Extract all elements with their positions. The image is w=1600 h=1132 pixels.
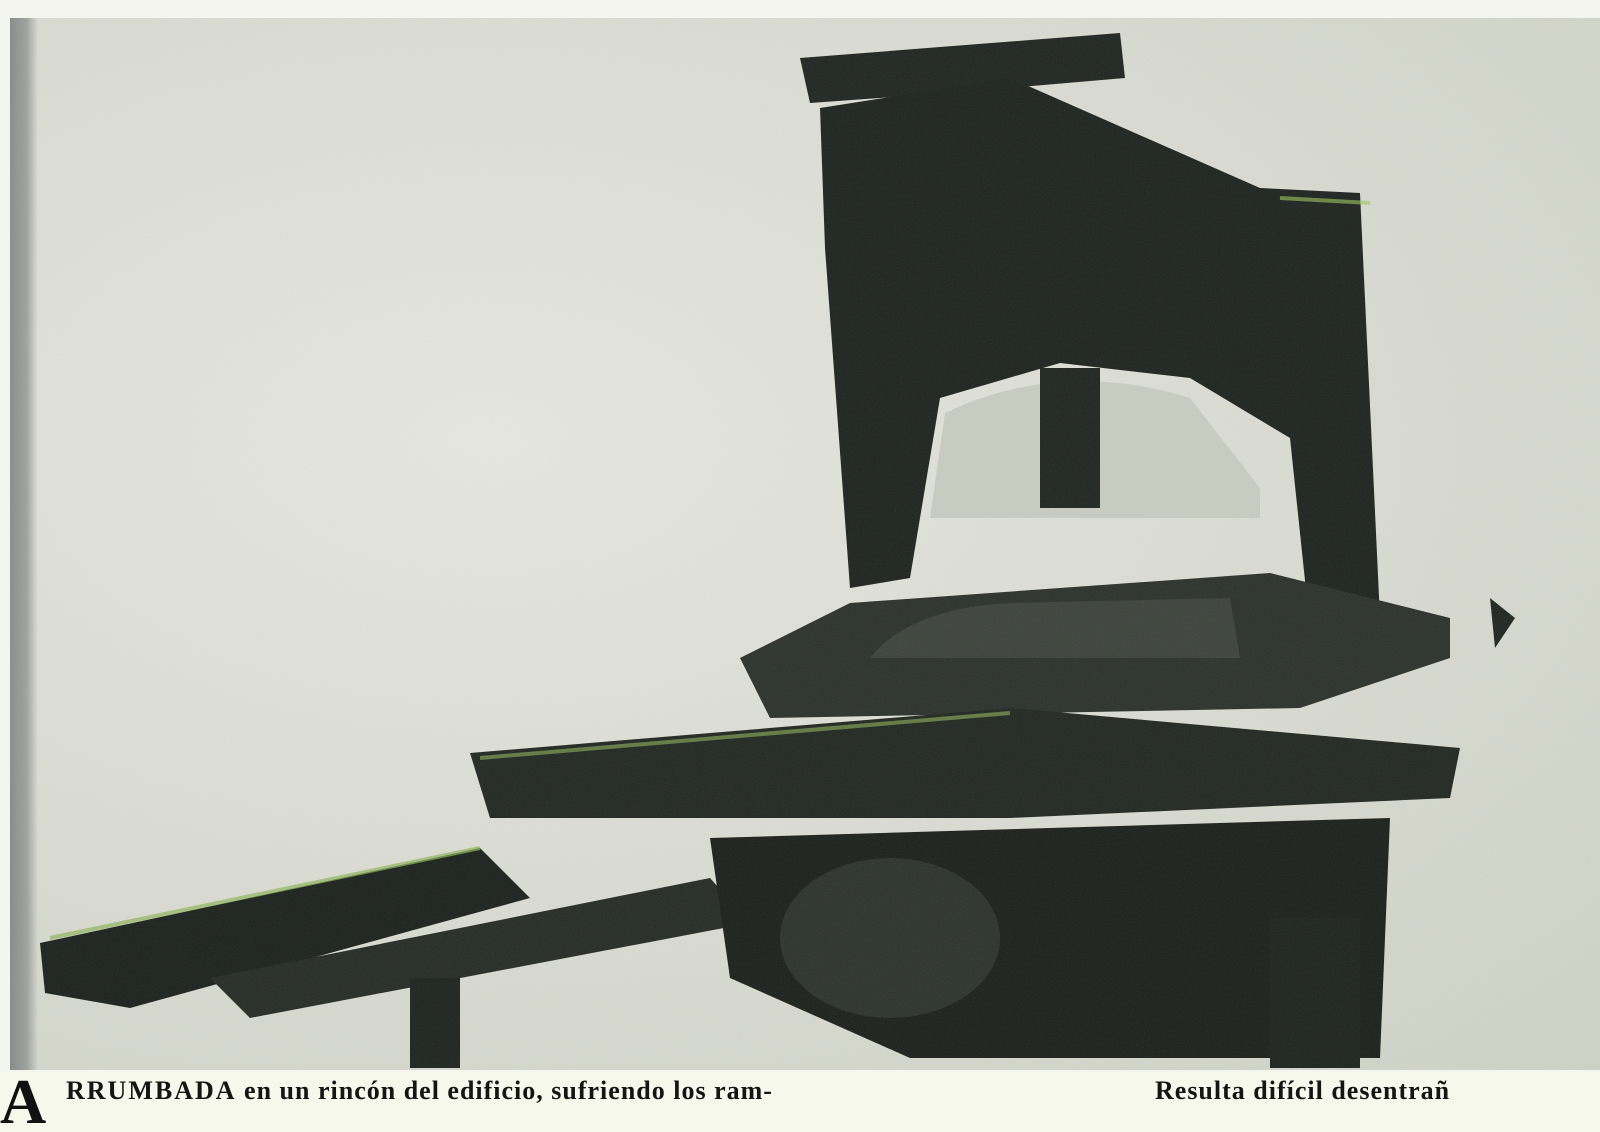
- press-photo: [10, 18, 1600, 1070]
- printing-press-illustration: [10, 18, 1600, 1070]
- caption-left-column: RRUMBADA en un rincón del edificio, sufr…: [66, 1076, 773, 1106]
- caption-lead-word: RRUMBADA: [66, 1076, 237, 1105]
- drop-cap: A: [0, 1070, 46, 1132]
- caption-left-text: en un rincón del edificio, sufriendo los…: [244, 1076, 773, 1105]
- caption-right-column: Resulta difícil desentrañ: [1155, 1076, 1450, 1106]
